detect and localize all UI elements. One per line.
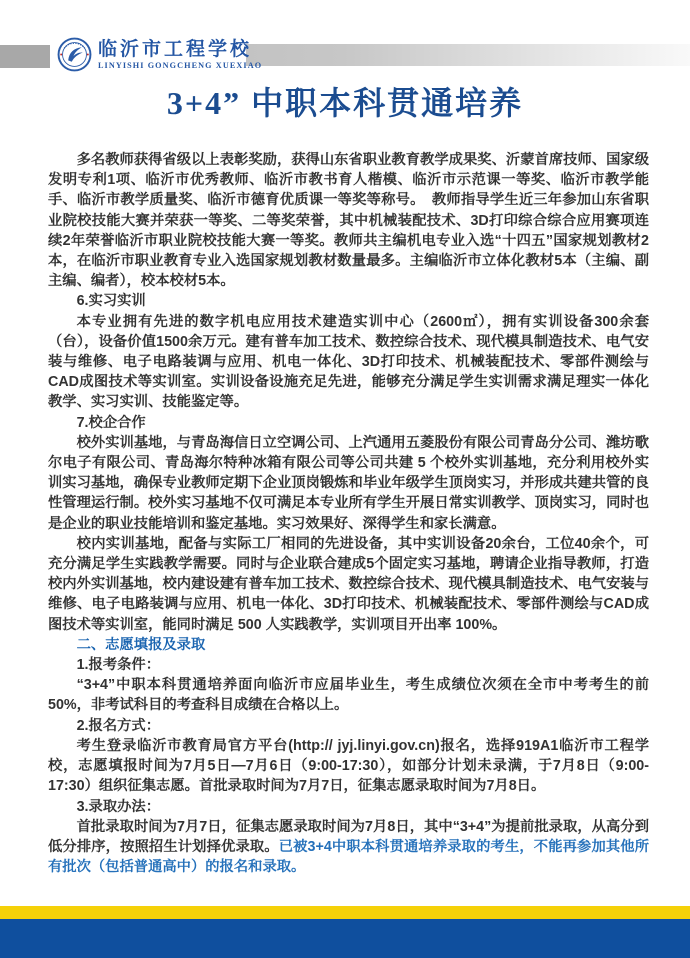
school-name-en: LINYISHI GONGCHENG XUEXIAO [98, 62, 262, 70]
heading-registration-method: 2.报名方式： [48, 716, 649, 736]
paragraph-teacher-awards: 多名教师获得省级以上表彰奖励，获得山东省职业教育教学成果奖、沂蒙首席技师、国家级… [48, 150, 649, 291]
paragraph-external-training-bases: 校外实训基地，与青岛海信日立空调公司、上汽通用五菱股份有限公司青岛分公司、潍坊歌… [48, 433, 649, 534]
school-name-cn: 临沂市工程学校 [98, 40, 262, 59]
footer-blue-band [0, 919, 690, 958]
heading-admission-method: 3.录取办法： [48, 797, 649, 817]
document-page: 临沂市工程学校 LINYISHI GONGCHENG XUEXIAO 3+4” … [0, 0, 690, 958]
paragraph-application-conditions: “3+4”中职本科贯通培养面向临沂市应届毕业生，考生成绩位次须在全市中考考生的前… [48, 675, 649, 715]
page-title: 3+4” 中职本科贯通培养 [0, 78, 690, 124]
footer-yellow-band [0, 906, 690, 919]
paragraph-admission-method: 首批录取时间为7月7日，征集志愿录取时间为7月8日，其中“3+4”为提前批录取，… [48, 817, 649, 878]
heading-application-and-admission: 二、志愿填报及录取 [48, 635, 649, 655]
school-emblem-icon [57, 37, 92, 72]
header-left-gray-bar [0, 45, 50, 68]
school-name-block: 临沂市工程学校 LINYISHI GONGCHENG XUEXIAO [98, 40, 262, 70]
heading-application-conditions: 1.报考条件： [48, 655, 649, 675]
heading-school-enterprise-cooperation: 7.校企合作 [48, 413, 649, 433]
paragraph-internal-training-bases: 校内实训基地，配备与实际工厂相同的先进设备，其中实训设备20余台，工位40余个，… [48, 534, 649, 635]
heading-practice-training: 6.实习实训 [48, 291, 649, 311]
header-right-gray-band [246, 44, 690, 66]
document-body: 多名教师获得省级以上表彰奖励，获得山东省职业教育教学成果奖、沂蒙首席技师、国家级… [48, 150, 649, 877]
paragraph-registration-method: 考生登录临沂市教育局官方平台(http:// jyj.linyi.gov.cn)… [48, 736, 649, 797]
paragraph-practice-training: 本专业拥有先进的数字机电应用技术建造实训中心（2600㎡），拥有实训设备300余… [48, 312, 649, 413]
